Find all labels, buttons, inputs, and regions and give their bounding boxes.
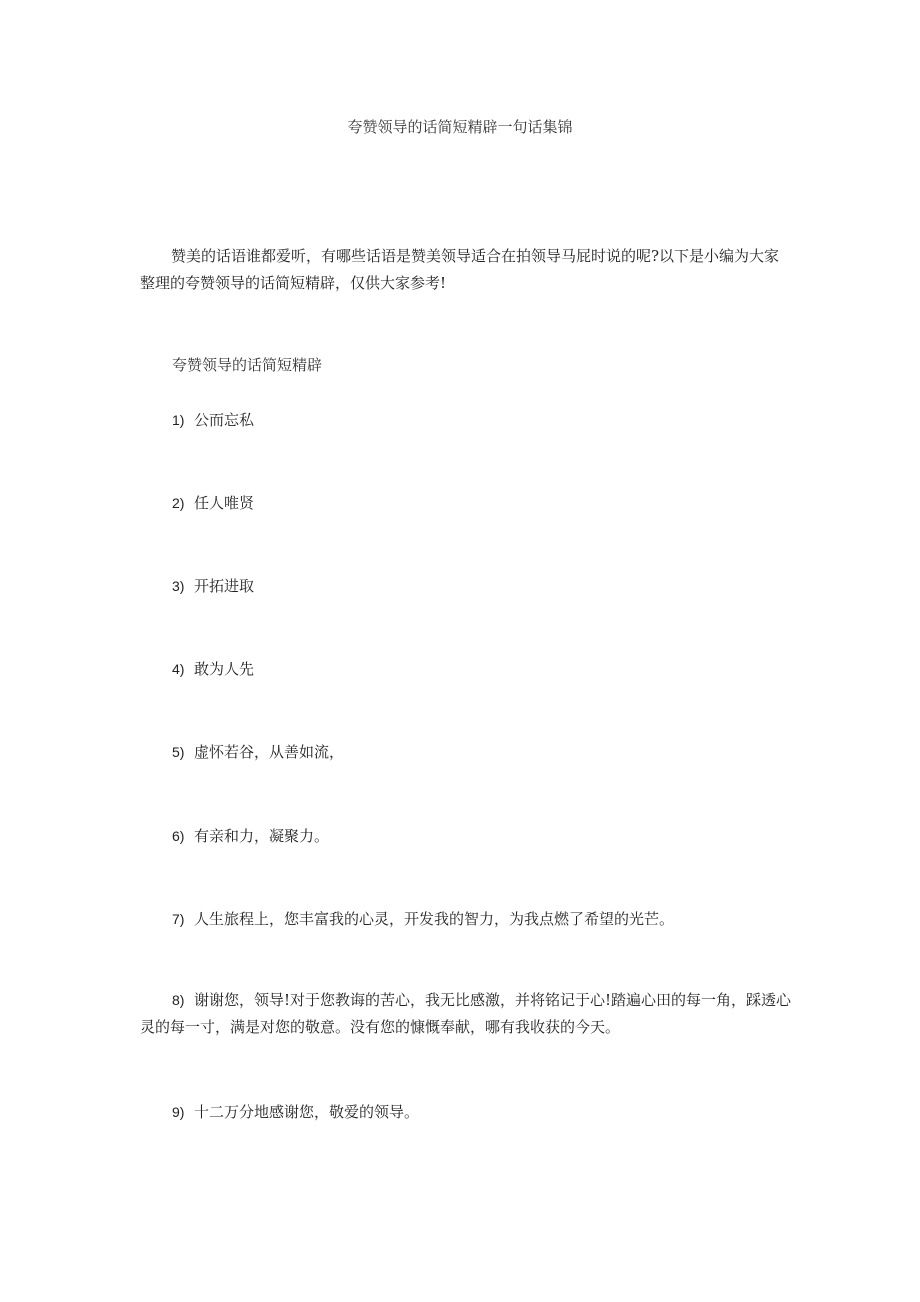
item-number: 3) [172, 578, 194, 594]
list-item: 1)公而忘私 [172, 409, 254, 430]
list-item: 8)谢谢您，领导!对于您教诲的苦心，我无比感激，并将铭记于心!踏遍心田的每一角，… [140, 987, 800, 1041]
list-item: 5)虚怀若谷，从善如流， [172, 741, 344, 762]
item-text: 谢谢您，领导!对于您教诲的苦心，我无比感激，并将铭记于心!踏遍心田的每一角，踩透… [140, 991, 791, 1036]
list-item: 6)有亲和力，凝聚力。 [172, 825, 329, 846]
item-number: 4) [172, 661, 194, 677]
item-number: 1) [172, 412, 194, 428]
item-text: 开拓进取 [194, 577, 254, 595]
item-number: 7) [172, 911, 194, 927]
list-item: 9)十二万分地感谢您，敬爱的领导。 [172, 1101, 419, 1122]
item-number: 5) [172, 744, 194, 760]
item-text: 人生旅程上，您丰富我的心灵，开发我的智力，为我点燃了希望的光芒。 [194, 910, 674, 928]
item-number: 9) [172, 1104, 194, 1120]
list-item: 7)人生旅程上，您丰富我的心灵，开发我的智力，为我点燃了希望的光芒。 [172, 908, 674, 929]
item-number: 2) [172, 495, 194, 511]
item-text: 任人唯贤 [194, 494, 254, 512]
list-item: 4)敢为人先 [172, 658, 254, 679]
list-item: 3)开拓进取 [172, 575, 254, 596]
intro-paragraph: 赞美的话语谁都爱听，有哪些话语是赞美领导适合在拍领导马屁时说的呢?以下是小编为大… [140, 243, 790, 297]
list-item: 2)任人唯贤 [172, 492, 254, 513]
item-text: 公而忘私 [194, 411, 254, 429]
item-text: 十二万分地感谢您，敬爱的领导。 [194, 1103, 419, 1121]
item-text: 虚怀若谷，从善如流， [194, 743, 344, 761]
item-number: 6) [172, 828, 194, 844]
item-text: 敢为人先 [194, 660, 254, 678]
item-number: 8) [172, 987, 194, 1014]
section-heading: 夸赞领导的话简短精辟 [172, 354, 322, 375]
item-text: 有亲和力，凝聚力。 [194, 827, 329, 845]
document-title: 夸赞领导的话简短精辟一句话集锦 [0, 116, 920, 137]
